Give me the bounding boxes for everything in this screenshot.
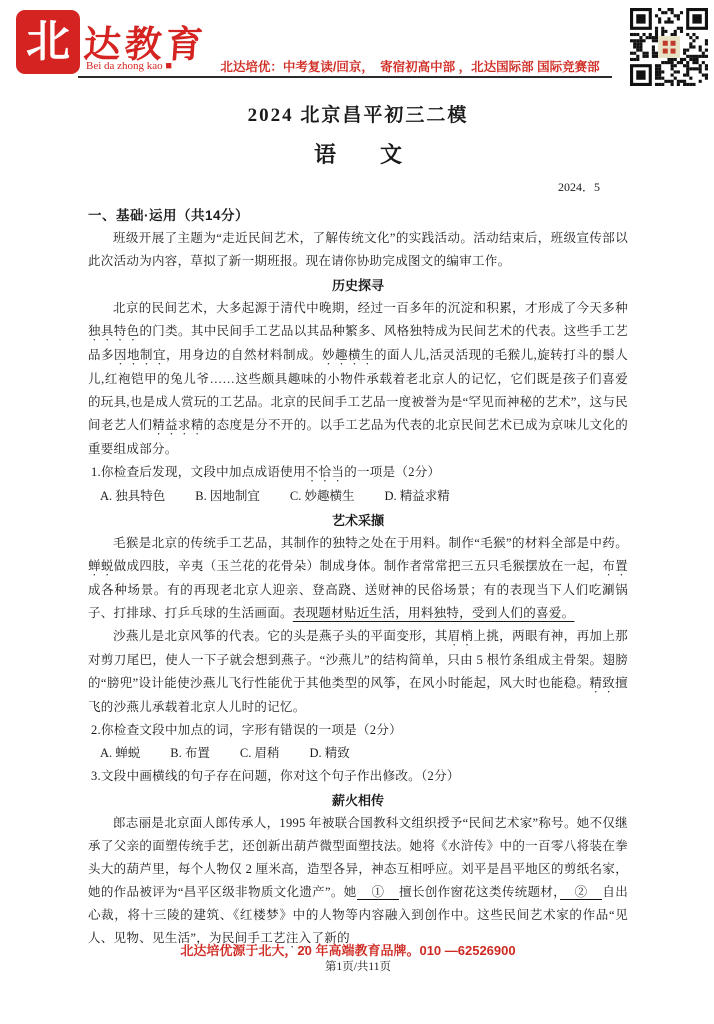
question-2: 2.你检查文段中加点的词，字形有错误的一项是（2分） xyxy=(88,719,628,742)
text-segment-em: 妙趣横生 xyxy=(322,348,374,362)
qr-code-icon xyxy=(630,8,708,86)
text-segment-em: 精益求精 xyxy=(152,418,203,432)
text-segment-blank: ② xyxy=(560,885,603,900)
brand-seal-icon: 北 xyxy=(18,12,78,72)
option-c: C. 眉稍 xyxy=(240,742,280,765)
option-b: B. 因地制宜 xyxy=(195,485,260,508)
paragraph-history: 北京的民间艺术，大多起源于清代中晚期，经过一百多年的沉淀和积累，才形成了今天多种… xyxy=(88,297,628,461)
paragraph-maohou: 毛猴是北京的传统手工艺品，其制作的独特之处在于用料。制作“毛猴”的材料全部是中药… xyxy=(88,532,628,625)
option-a: A. 独具特色 xyxy=(100,485,165,508)
text-segment: 北京的民间艺术，大多起源于清代中晚期，经过一百多年的沉淀和积累，才形成了今天多种 xyxy=(113,301,628,315)
question-1-options: A. 独具特色 B. 因地制宜 C. 妙趣横生 D. 精益求精 xyxy=(88,485,628,508)
exam-subject: 语 文 xyxy=(88,138,628,169)
header-tagline: 北达培优：中考复读/回京， 寄宿初高中部 ，北达国际部 国际竞赛部 xyxy=(210,57,610,75)
text-segment-blank: ① xyxy=(357,885,400,900)
document-body: 2024 北京昌平初三二模 语 文 2024．5 一、基础·运用（共14分） 班… xyxy=(88,100,628,951)
exam-date: 2024．5 xyxy=(88,178,628,195)
header-divider xyxy=(78,76,612,78)
text-segment: 1.你检查后发现，文段中加点成语使用 xyxy=(91,465,306,479)
footer-page-number: 第1页/共11页 xyxy=(88,958,628,974)
text-segment: 沙燕儿是北京风筝的代表。它的头是燕子头的平面变形，其 xyxy=(113,629,448,643)
option-c: C. 妙趣横生 xyxy=(290,485,355,508)
text-segment-em: 蝉蜕 xyxy=(88,559,114,573)
paragraph-shayan: 沙燕儿是北京风筝的代表。它的头是燕子头的平面变形，其眉梢上挑，两眼有神，再加上那… xyxy=(88,625,628,719)
text-segment-em: 因地制宜 xyxy=(114,348,166,362)
passage-heading-art: 艺术采撷 xyxy=(88,509,628,532)
intro-paragraph: 班级开展了主题为“走近民间艺术，了解传统文化”的实践活动。活动结束后，班级宣传部… xyxy=(88,227,628,273)
exam-page: 北 达教育 Bei da zhong kao ■ 北达培优：中考复读/回京， 寄… xyxy=(0,0,714,1024)
text-segment: 的一项是（2分） xyxy=(344,465,440,479)
option-a: A. 蝉蜕 xyxy=(100,742,140,765)
passage-heading-history: 历史探寻 xyxy=(88,274,628,297)
question-1: 1.你检查后发现，文段中加点成语使用不恰当的一项是（2分） xyxy=(88,461,628,485)
text-segment: 做成四肢，辛夷（玉兰花的花骨朵）制成身体。制作者常常把三五只毛猴摆放在一起， xyxy=(114,559,603,573)
text-segment-em: 不恰当 xyxy=(306,465,344,479)
text-segment-em: 精致 xyxy=(589,676,615,690)
option-d: D. 精致 xyxy=(309,742,349,765)
option-b: B. 布置 xyxy=(170,742,210,765)
passage-heading-legacy: 薪火相传 xyxy=(88,789,628,812)
text-segment: 擅长创作窗花这类传统题材， xyxy=(399,885,560,899)
question-3: 3.文段中画横线的句子存在问题，你对这个句子作出修改。（2分） xyxy=(88,765,628,788)
question-2-options: A. 蝉蜕 B. 布置 C. 眉稍 D. 精致 xyxy=(88,742,628,765)
text-segment: 毛猴是北京的传统手工艺品，其制作的独特之处在于用料。制作“毛猴”的材料全部是中药… xyxy=(113,536,628,550)
option-d: D. 精益求精 xyxy=(384,485,449,508)
paragraph-legacy: 郎志丽是北京面人郎传承人，1995 年被联合国教科文组织授予“民间艺术家”称号。… xyxy=(88,812,628,951)
text-segment-em: 布置 xyxy=(602,559,628,573)
text-segment-u: 表现题材贴近生活，用料独特，受到人们的喜爱。 xyxy=(293,606,575,620)
footer-brand-line: 北达培优源于北大，20 年高端教育品牌。010 —62526900 xyxy=(88,940,608,959)
section-heading: 一、基础·运用（共14分） xyxy=(88,204,628,224)
brand-logo-subtitle: Bei da zhong kao ■ xyxy=(86,60,172,72)
text-segment-em: 眉梢 xyxy=(448,629,474,643)
text-segment: ，用身边的自然材料制成。 xyxy=(166,348,322,362)
text-segment-em: 独具特色 xyxy=(88,324,139,338)
exam-title: 2024 北京昌平初三二模 xyxy=(88,100,628,127)
